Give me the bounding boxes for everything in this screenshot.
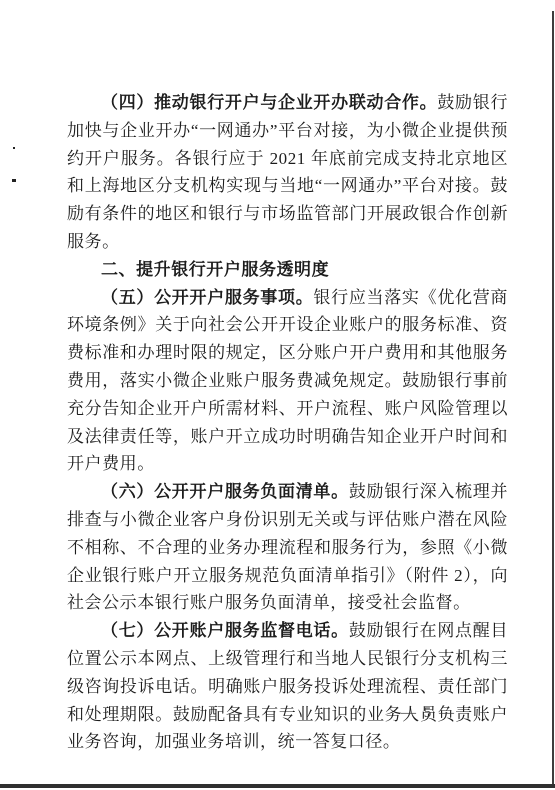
paragraph-7-body: 鼓励银行在网点醒目位置公示本网点、上级管理行和当地人民银行分支机构三级咨询投诉电… xyxy=(67,621,508,751)
paragraph-item-5: （五）公开开户服务事项。银行应当落实《优化营商环境条例》关于向社会公开开设企业账… xyxy=(67,284,508,479)
scan-edge-line-bottom xyxy=(0,784,555,788)
scan-edge-line-right xyxy=(552,11,554,787)
page-number: — 5 — xyxy=(401,705,456,722)
paragraph-6-body: 鼓励银行深入梳理并排查与小微企业客户身份识别无关或与评估账户潜在风险不相称、不合… xyxy=(67,482,508,612)
paragraph-item-7: （七）公开账户服务监督电话。鼓励银行在网点醒目位置公示本网点、上级管理行和当地人… xyxy=(67,617,508,756)
paragraph-item-6: （六）公开开户服务负面清单。鼓励银行深入梳理并排查与小微企业客户身份识别无关或与… xyxy=(67,478,508,617)
paragraph-4-lead: （四）推动银行开户与企业开办联动合作。 xyxy=(101,93,437,112)
paragraph-4-body: 鼓励银行加快与企业开办“一网通办”平台对接，为小微企业提供预约开户服务。各银行应… xyxy=(67,93,508,251)
paragraph-7-lead: （七）公开账户服务监督电话。 xyxy=(101,621,349,640)
paragraph-5-lead: （五）公开开户服务事项。 xyxy=(101,288,313,307)
scanned-document-page: （四）推动银行开户与企业开办联动合作。鼓励银行加快与企业开办“一网通办”平台对接… xyxy=(0,0,555,790)
paragraph-5-body: 银行应当落实《优化营商环境条例》关于向社会公开开设企业账户的服务标准、资费标准和… xyxy=(67,288,508,474)
document-text-block: （四）推动银行开户与企业开办联动合作。鼓励银行加快与企业开办“一网通办”平台对接… xyxy=(67,89,508,756)
scan-speck-top xyxy=(13,147,15,149)
section-heading: 二、提升银行开户服务透明度 xyxy=(67,256,508,284)
scan-speck-bottom xyxy=(12,179,16,182)
paragraph-item-4: （四）推动银行开户与企业开办联动合作。鼓励银行加快与企业开办“一网通办”平台对接… xyxy=(67,89,508,256)
paragraph-6-lead: （六）公开开户服务负面清单。 xyxy=(101,482,349,501)
